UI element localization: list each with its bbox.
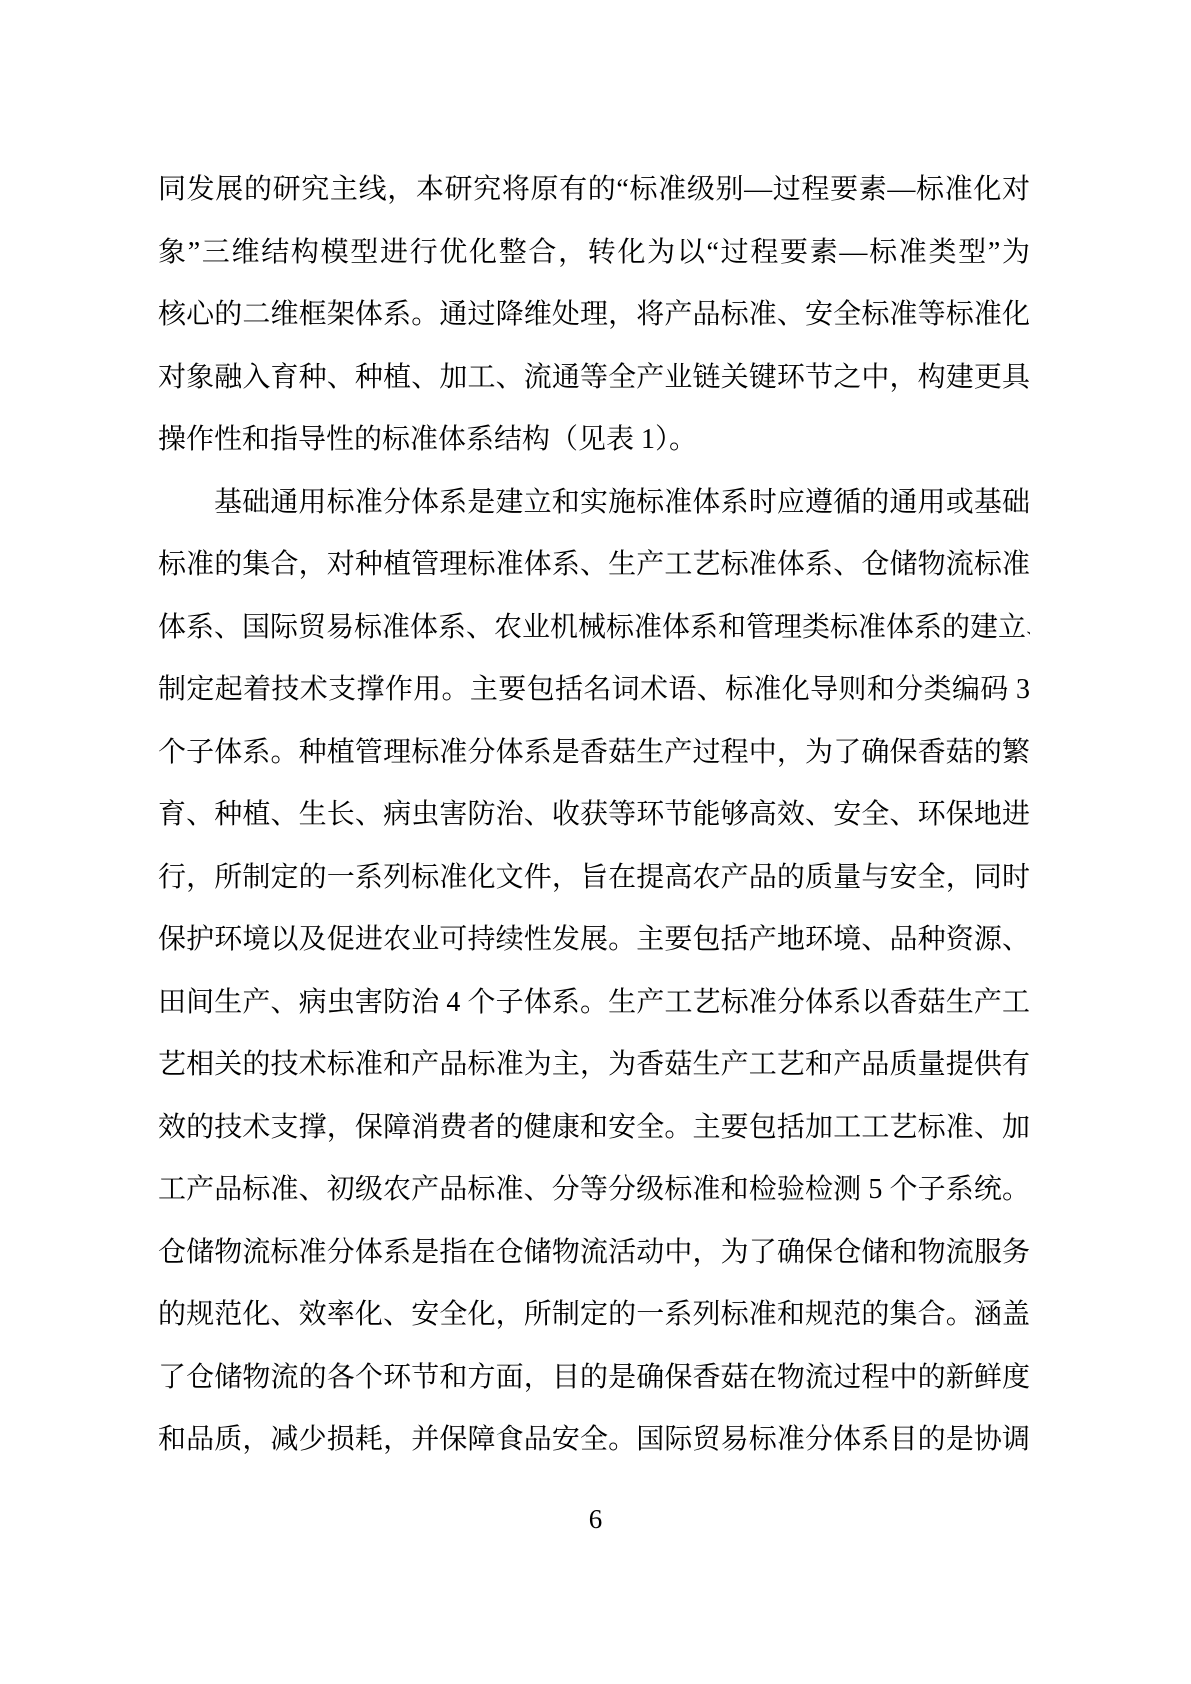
text-line: 效的技术支撑，保障消费者的健康和安全。主要包括加工工艺标准、加 bbox=[158, 1097, 1030, 1160]
text-line: 同发展的研究主线，本研究将原有的“标准级别—过程要素—标准化对 bbox=[158, 159, 1030, 222]
text-line: 工产品标准、初级农产品标准、分等分级标准和检验检测 5 个子系统。 bbox=[158, 1159, 1030, 1222]
text-line: 仓储物流标准分体系是指在仓储物流活动中，为了确保仓储和物流服务 bbox=[158, 1222, 1030, 1285]
document-page: 同发展的研究主线，本研究将原有的“标准级别—过程要素—标准化对 象”三维结构模型… bbox=[0, 0, 1191, 1684]
text-line: 行，所制定的一系列标准化文件，旨在提高农产品的质量与安全，同时 bbox=[158, 847, 1030, 910]
text-line: 标准的集合，对种植管理标准体系、生产工艺标准体系、仓储物流标准 bbox=[158, 534, 1030, 597]
text-line-paragraph-start: 基础通用标准分体系是建立和实施标准体系时应遵循的通用或基础 bbox=[158, 472, 1030, 535]
text-line: 和品质，减少损耗，并保障食品安全。国际贸易标准分体系目的是协调 bbox=[158, 1409, 1030, 1472]
text-line: 核心的二维框架体系。通过降维处理，将产品标准、安全标准等标准化 bbox=[158, 284, 1030, 347]
text-line: 保护环境以及促进农业可持续性发展。主要包括产地环境、品种资源、 bbox=[158, 909, 1030, 972]
text-line: 艺相关的技术标准和产品标准为主，为香菇生产工艺和产品质量提供有 bbox=[158, 1034, 1030, 1097]
text-line: 了仓储物流的各个环节和方面，目的是确保香菇在物流过程中的新鲜度 bbox=[158, 1347, 1030, 1410]
text-line: 个子体系。种植管理标准分体系是香菇生产过程中，为了确保香菇的繁 bbox=[158, 722, 1030, 785]
text-line: 对象融入育种、种植、加工、流通等全产业链关键环节之中，构建更具 bbox=[158, 347, 1030, 410]
text-line: 体系、国际贸易标准体系、农业机械标准体系和管理类标准体系的建立、 bbox=[158, 597, 1030, 660]
page-body-text: 同发展的研究主线，本研究将原有的“标准级别—过程要素—标准化对 象”三维结构模型… bbox=[158, 159, 1030, 1472]
text-line: 田间生产、病虫害防治 4 个子体系。生产工艺标准分体系以香菇生产工 bbox=[158, 972, 1030, 1035]
text-line-paragraph-end: 操作性和指导性的标准体系结构（见表 1）。 bbox=[158, 409, 1030, 472]
page-number: 6 bbox=[0, 1497, 1191, 1541]
text-line: 制定起着技术支撑作用。主要包括名词术语、标准化导则和分类编码 3 bbox=[158, 659, 1030, 722]
text-line: 育、种植、生长、病虫害防治、收获等环节能够高效、安全、环保地进 bbox=[158, 784, 1030, 847]
text-line: 的规范化、效率化、安全化，所制定的一系列标准和规范的集合。涵盖 bbox=[158, 1284, 1030, 1347]
text-line: 象”三维结构模型进行优化整合，转化为以“过程要素—标准类型”为 bbox=[158, 222, 1030, 285]
